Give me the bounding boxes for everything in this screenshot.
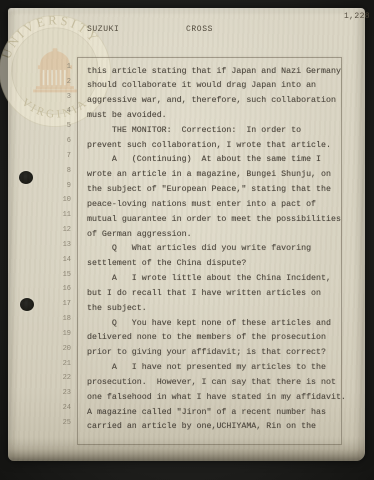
line-number: 20 xyxy=(36,342,71,357)
transcript-line: A (Continuing) At about the same time I xyxy=(87,153,346,168)
transcript-line: the subject. xyxy=(87,302,346,317)
transcript-line: aggressive war, and, therefore, such col… xyxy=(87,94,346,109)
transcript-text: this article stating that if Japan and N… xyxy=(87,65,346,436)
line-number: 5 xyxy=(36,119,71,134)
line-number: 21 xyxy=(36,357,71,372)
line-number: 25 xyxy=(36,416,71,431)
transcript-line: must be avoided. xyxy=(87,109,346,124)
line-number: 18 xyxy=(36,312,71,327)
scanned-page-photo: UNIVERSITY VIRGINIA xyxy=(0,0,374,480)
transcript-line: delivered none to the members of the pro… xyxy=(87,331,346,346)
transcript-line: mutual guarantee in order to meet the po… xyxy=(87,213,346,228)
line-number-column: 1234567891011121314151617181920212223242… xyxy=(36,60,71,431)
line-number: 8 xyxy=(36,164,71,179)
transcript-line: prior to giving your affidavit; is that … xyxy=(87,346,346,361)
line-number: 19 xyxy=(36,327,71,342)
document-page: UNIVERSITY VIRGINIA xyxy=(8,8,365,461)
transcript-line: settlement of the China dispute? xyxy=(87,257,346,272)
transcript-line: A I wrote little about the China Inciden… xyxy=(87,272,346,287)
hole-punch-bottom xyxy=(20,298,34,311)
paper-bottom-shadow xyxy=(8,437,365,461)
transcript-line: of German aggression. xyxy=(87,228,346,243)
transcript-line: A magazine called "Jiron" of a recent nu… xyxy=(87,406,346,421)
line-number: 17 xyxy=(36,297,71,312)
header-witness-name: SUZUKI xyxy=(87,25,119,34)
line-number: 12 xyxy=(36,223,71,238)
line-number: 13 xyxy=(36,238,71,253)
transcript-line: peace-loving nations must enter into a p… xyxy=(87,198,346,213)
line-number: 24 xyxy=(36,401,71,416)
transcript-line: A I have not presented my articles to th… xyxy=(87,361,346,376)
transcript-line: prosecution. However, I can say that the… xyxy=(87,376,346,391)
line-number: 11 xyxy=(36,208,71,223)
line-number: 10 xyxy=(36,193,71,208)
transcript-line: but I do recall that I have written arti… xyxy=(87,287,346,302)
line-number: 14 xyxy=(36,253,71,268)
transcript-line: this article stating that if Japan and N… xyxy=(87,65,346,80)
transcript-line: Q What articles did you write favoring xyxy=(87,242,346,257)
line-number: 9 xyxy=(36,179,71,194)
transcript-line: the subject of "European Peace," stating… xyxy=(87,183,346,198)
transcript-line: THE MONITOR: Correction: In order to xyxy=(87,124,346,139)
transcript-line: one falsehood in what I have stated in m… xyxy=(87,391,346,406)
transcript-line: wrote an article in a magazine, Bungei S… xyxy=(87,168,346,183)
line-number: 7 xyxy=(36,149,71,164)
line-number: 4 xyxy=(36,104,71,119)
line-number: 1 xyxy=(36,60,71,75)
line-number: 2 xyxy=(36,75,71,90)
line-number: 22 xyxy=(36,371,71,386)
line-number: 23 xyxy=(36,386,71,401)
line-number: 16 xyxy=(36,282,71,297)
transcript-line: should collaborate it would drag Japan i… xyxy=(87,79,346,94)
line-number: 15 xyxy=(36,268,71,283)
header-examination-type: CROSS xyxy=(186,25,213,34)
line-number: 3 xyxy=(36,90,71,105)
transcript-line: prevent such collaboration, I wrote that… xyxy=(87,139,346,154)
transcript-line: carried an article by one,UCHIYAMA, Rin … xyxy=(87,420,346,435)
line-number: 6 xyxy=(36,134,71,149)
page-number: 1,228 xyxy=(324,12,370,21)
hole-punch-top xyxy=(19,171,33,184)
transcript-line: Q You have kept none of these articles a… xyxy=(87,317,346,332)
